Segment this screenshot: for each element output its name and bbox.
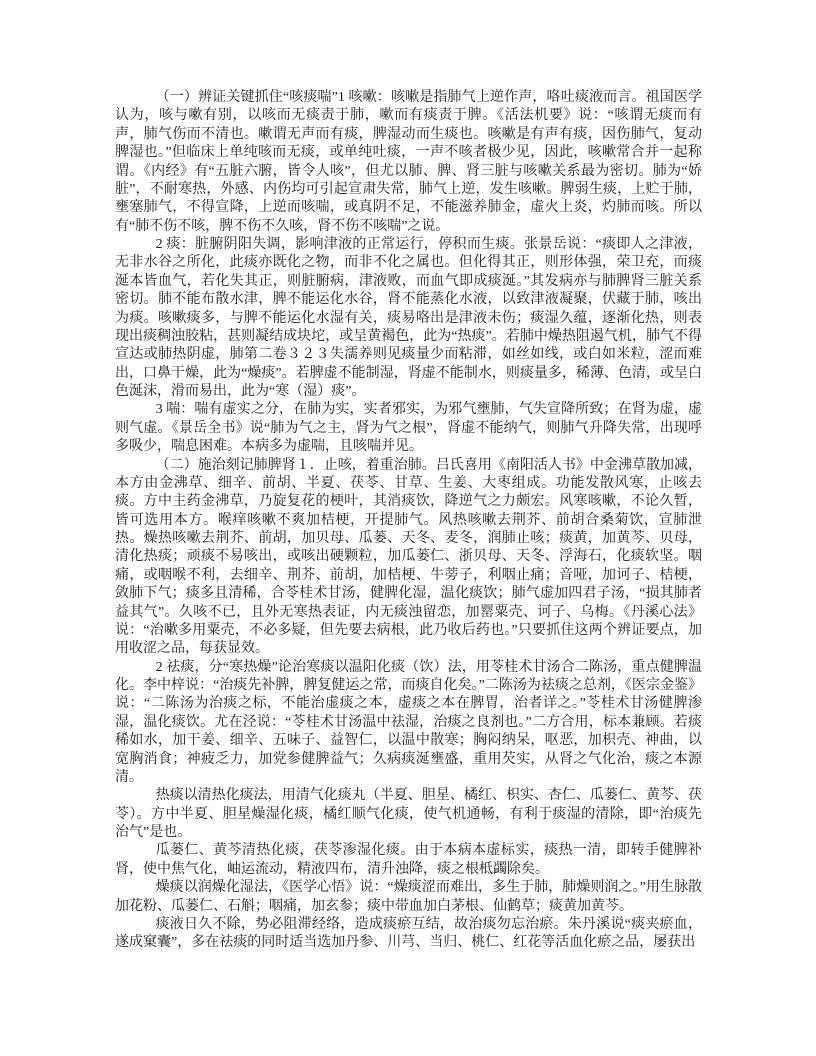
paragraph-7: 瓜蒌仁、黄芩清热化痰，茯苓渗湿化痰。由于本病本虚标实，痰热一清，即转手健脾补肾，…: [115, 842, 702, 879]
paragraph-4: （二）施治刻记肺脾肾１．止咳，着重治肺。吕氏喜用《南阳活人书》中金沸草散加减，本…: [115, 457, 702, 659]
paragraph-2: 2 痰：脏腑阴阳失调，影响津液的正常运行，停积而生痰。张景岳说：“痰即人之津液，…: [115, 236, 702, 401]
paragraph-5: 2 祛痰，分“寒热燥”论治寒痰以温阳化痰（饮）法，用苓桂术甘汤合二陈汤，重点健脾…: [115, 659, 702, 788]
paragraph-8: 燥痰以润燥化湿法，《医学心悟》说：“燥痰涩而难出，多生于肺，肺燥则润之。”用生脉…: [115, 879, 702, 916]
document-content: （一）辨证关键抓住“咳痰喘”1 咳嗽：咳嗽是指肺气上逆作声，咯吐痰液而言。祖国医…: [115, 89, 702, 953]
paragraph-6: 热痰以清热化痰法，用清气化痰丸（半夏、胆星、橘红、枳实、杏仁、瓜蒌仁、黄芩、茯苓…: [115, 787, 702, 842]
paragraph-3: 3 喘：喘有虚实之分，在肺为实，实者邪实，为邪气壅肺，气失宣降所致；在肾为虚，虚…: [115, 401, 702, 456]
paragraph-1: （一）辨证关键抓住“咳痰喘”1 咳嗽：咳嗽是指肺气上逆作声，咯吐痰液而言。祖国医…: [115, 89, 702, 236]
document-page: （一）辨证关键抓住“咳痰喘”1 咳嗽：咳嗽是指肺气上逆作声，咯吐痰液而言。祖国医…: [0, 0, 816, 1056]
paragraph-9: 痰液日久不除，势必阻滞经络，造成痰瘀互结，故治痰勿忘治瘀。朱丹溪说“痰夹瘀血，遂…: [115, 916, 702, 953]
